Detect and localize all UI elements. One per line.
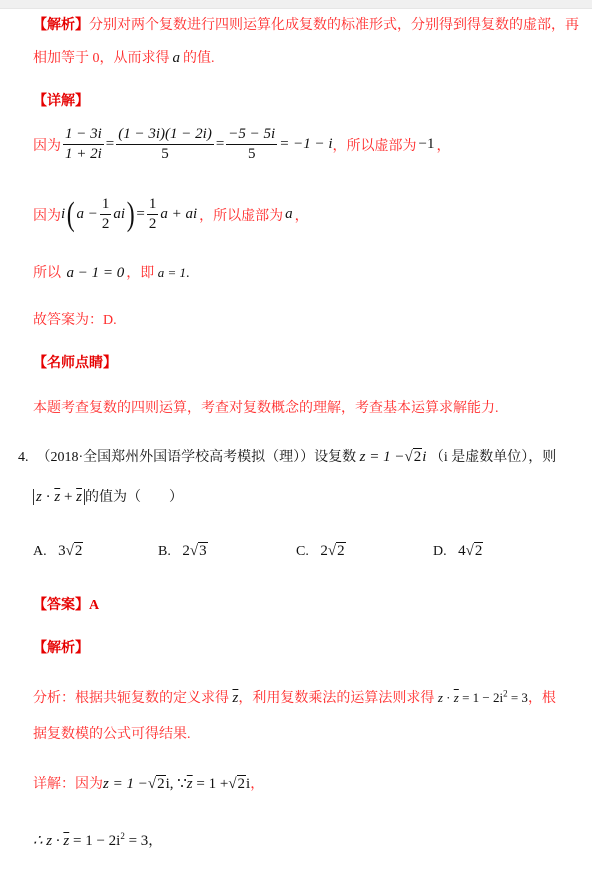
analysis-line2: 据复数模的公式可得结果. (33, 723, 191, 743)
problem-number: 4. (18, 450, 29, 465)
eq-part: = 1 − 2i (462, 690, 503, 705)
problem-4-line2: z · z + z的值为（ ） (33, 486, 183, 506)
fraction-1: 1 − 3i 1 + 2i (63, 126, 104, 163)
denominator: 5 (246, 145, 258, 163)
analysis-paragraph-line2: 相加等于 0，从而求得a的值. (33, 47, 215, 67)
fraction-half: 1 2 (147, 196, 159, 233)
detail-step-3: 所以 a − 1 = 0，即 a = 1. (33, 262, 190, 282)
numerator: 1 − 3i (63, 126, 104, 145)
analysis-text: 分析：根据共轭复数的定义求得 (33, 691, 229, 706)
option-value: 4√2 (458, 543, 483, 559)
step-prefix: 因为 (33, 135, 61, 155)
page-top-strip (0, 0, 592, 9)
step-suffix: ，所以虚部为 (333, 135, 417, 155)
punct: ， (148, 834, 162, 849)
numerator: −5 − 5i (226, 126, 277, 145)
eq-part: = 1 − 2i (73, 833, 120, 849)
question-tail: 的值为（ ） (85, 490, 183, 505)
analysis-text: ，根 (528, 691, 556, 706)
imag-part: a (285, 206, 293, 223)
z-conjugate: z (454, 690, 459, 705)
option-value: 2√3 (182, 543, 207, 559)
answer-label: 【答案】 (33, 598, 89, 613)
equation: a − 1 = 0 (67, 265, 125, 281)
math-var: a (173, 50, 181, 66)
detail-step-1: 因为 1 − 3i 1 + 2i = (1 − 3i)(1 − 2i) 5 = … (33, 126, 450, 163)
detail-heading: 【详解】 (33, 90, 89, 110)
fraction-3: −5 − 5i 5 (226, 126, 277, 163)
punct: . (186, 266, 190, 281)
detail-equation: z = 1 −√2i, ∵z = 1 +√2i (103, 776, 250, 792)
numerator: 1 (100, 196, 112, 215)
conclusion: 故答案为：D. (33, 309, 117, 329)
coef: 4 (458, 543, 466, 559)
answer-value: A (89, 598, 99, 613)
teacher-note-heading: 【名师点睛】 (33, 352, 117, 372)
analysis-heading: 【解析】 (33, 637, 89, 657)
detail-prefix: 详解：因为 (33, 777, 103, 792)
option-d[interactable]: D. 4√2 (433, 543, 483, 560)
option-label: C. (296, 544, 309, 559)
detail-line1: 详解：因为z = 1 −√2i, ∵z = 1 +√2i， (33, 773, 264, 793)
step-suffix: ，所以虚部为 (199, 205, 283, 225)
imag-unit: i (422, 449, 426, 465)
radicand: 2 (413, 448, 423, 465)
teacher-note-text: 本题考查复数的四则运算，考查对复数概念的理解，考查基本运算求解能力. (33, 397, 499, 417)
radicand: 2 (474, 542, 484, 559)
analysis-text: 相加等于 0，从而求得 (33, 51, 170, 66)
left-paren: ( (67, 200, 75, 230)
equals: = (216, 136, 224, 153)
result: = −1 − i (279, 136, 332, 153)
analysis-label: 【解析】 (33, 18, 89, 33)
answer-line: 【答案】A (33, 594, 99, 614)
modulus-expression: z · z + z (33, 489, 85, 505)
eq-part: ∴ z · (33, 833, 60, 849)
option-value: 2√2 (320, 543, 345, 559)
analysis-paragraph-line1: 【解析】分别对两个复数进行四则运算化成复数的标准形式，分别得到得复数的虚部，再 (33, 14, 579, 34)
analysis-equation: z · z = 1 − 2i2 = 3 (438, 690, 528, 705)
detail-label: 【详解】 (33, 94, 89, 109)
coef: 2 (320, 543, 328, 559)
eq-end: = 3 (129, 833, 149, 849)
analysis-line1: 分析：根据共轭复数的定义求得 z，利用复数乘法的运算法则求得 z · z = 1… (33, 687, 556, 707)
punct: ， (250, 777, 264, 792)
math-term: a − (77, 206, 98, 223)
final-equation: ∴ z · z = 1 − 2i2 = 3 (33, 833, 148, 849)
punct: ， (436, 135, 450, 155)
problem-source: （2018·全国郑州外国语学校高考模拟（理））设复数 (37, 450, 357, 465)
option-a[interactable]: A. 3√2 (33, 543, 83, 560)
coef: 3 (58, 543, 66, 559)
sqrt: √2 (405, 449, 423, 466)
z-conjugate: z (76, 489, 82, 505)
equation: a = 1 (158, 265, 186, 280)
analysis-text: ，利用复数乘法的运算法则求得 (238, 691, 434, 706)
dot: · (443, 690, 454, 705)
coef: 2 (182, 543, 190, 559)
option-label: A. (33, 544, 47, 559)
imag-part: −1 (419, 136, 435, 153)
analysis-text: 分别对两个复数进行四则运算化成复数的标准形式，分别得到得复数的虚部，再 (89, 18, 579, 33)
option-label: D. (433, 544, 447, 559)
superscript: 2 (120, 831, 125, 841)
denominator: 1 + 2i (63, 145, 104, 163)
radicand: 2 (336, 542, 346, 559)
radicand: 3 (198, 542, 208, 559)
step-prefix: 所以 (33, 266, 61, 281)
eq-part: z = 1 − (103, 776, 148, 792)
superscript: 2 (503, 689, 508, 699)
detail-line2: ∴ z · z = 1 − 2i2 = 3， (33, 830, 162, 850)
denominator: 2 (147, 215, 159, 233)
step-prefix: 因为 (33, 205, 61, 225)
eq-end: = 3 (511, 690, 528, 705)
plus: + (60, 489, 76, 505)
option-label: B. (158, 544, 171, 559)
radicand: 2 (237, 775, 247, 792)
analysis-label: 【解析】 (33, 641, 89, 656)
fraction-2: (1 − 3i)(1 − 2i) 5 (116, 126, 214, 163)
right-paren: ) (127, 200, 135, 230)
problem-note: （i 是虚数单位），则 (430, 450, 556, 465)
z-conjugate: z (187, 776, 193, 792)
math-term: a + ai (160, 206, 197, 223)
dot: · (42, 489, 55, 505)
z-definition: z = 1 − (360, 449, 405, 465)
radicand: 2 (74, 542, 84, 559)
equals: = (136, 206, 144, 223)
denominator: 5 (159, 145, 171, 163)
option-value: 3√2 (58, 543, 83, 559)
punct: ， (295, 205, 309, 225)
detail-step-2: 因为 i ( a − 1 2 ai ) = 1 2 a + ai ，所以虚部为 … (33, 196, 309, 233)
equals: = (106, 136, 114, 153)
z-conjugate: z (63, 833, 69, 849)
option-b[interactable]: B. 2√3 (158, 543, 208, 560)
numerator: 1 (147, 196, 159, 215)
math-var: i (61, 206, 65, 223)
radicand: 2 (156, 775, 166, 792)
eq-part: i, ∵ (166, 776, 187, 792)
teacher-note-label: 【名师点睛】 (33, 356, 117, 371)
step-mid: ，即 (126, 266, 154, 281)
eq-part: = 1 + (196, 776, 228, 792)
analysis-text: 的值. (183, 51, 215, 66)
problem-4-line1: 4.（2018·全国郑州外国语学校高考模拟（理））设复数 z = 1 −√2i … (18, 446, 556, 466)
fraction-half: 1 2 (100, 196, 112, 233)
option-c[interactable]: C. 2√2 (296, 543, 346, 560)
math-term: ai (113, 206, 125, 223)
numerator: (1 − 3i)(1 − 2i) (116, 126, 214, 145)
denominator: 2 (100, 215, 112, 233)
